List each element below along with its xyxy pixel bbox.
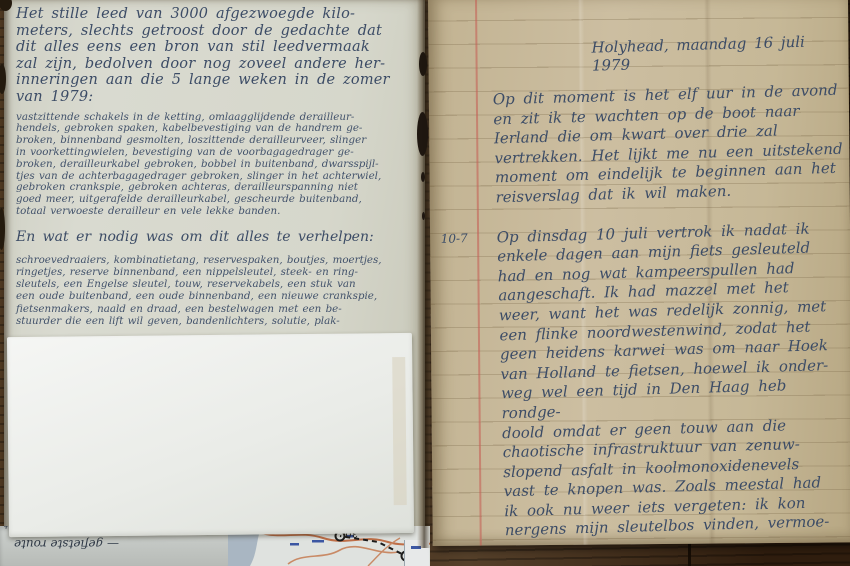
diary-entry-holyhead: Op dit moment is het elf uur in de avond… [493,81,849,208]
binding-hole [419,52,427,76]
torn-page-edge [0,0,12,11]
map-legend-cycled-route: — gefietste route [14,537,119,551]
diary-entry-july10: Op dinsdag 10 juli vertrok ik nadat ik e… [496,218,850,541]
left-page-content: Het stille leed van 3000 afgezwoegde kil… [16,6,411,327]
journal-right-page: Holyhead, maandag 16 juli 1979 Op dit mo… [428,0,850,546]
map-road [288,547,398,564]
left-page-intro-paragraph: Het stille leed van 3000 afgezwoegde kil… [16,6,411,106]
tape-strip [392,357,407,505]
photo-of-open-handwritten-journal: Het stille leed van 3000 afgezwoegde kil… [0,0,850,566]
torn-page-edge [0,64,6,94]
diary-entry-july10-block: 10-7 Op dinsdag 10 juli vertrok ik nadat… [496,218,850,541]
margin-date-note: 10-7 [441,231,468,246]
repairs-heading: En wat er nodig was om dit alles te verh… [16,229,411,245]
map-place-label [290,543,299,546]
red-margin-line [475,0,482,546]
loose-white-paper [7,333,414,537]
binding-hole [422,212,425,220]
bike-damage-list: vastzittende schakels in de ketting, oml… [16,112,411,218]
torn-page-edge [0,208,5,250]
entry-dateline: Holyhead, maandag 16 juli 1979 [591,32,845,75]
map-place-label [312,540,324,543]
repair-supplies-list: schroevedraaiers, kombinatietang, reserv… [16,254,411,327]
binding-hole [421,172,425,182]
binding-hole [417,112,428,156]
right-page-content: Holyhead, maandag 16 juli 1979 Op dit mo… [490,0,850,541]
